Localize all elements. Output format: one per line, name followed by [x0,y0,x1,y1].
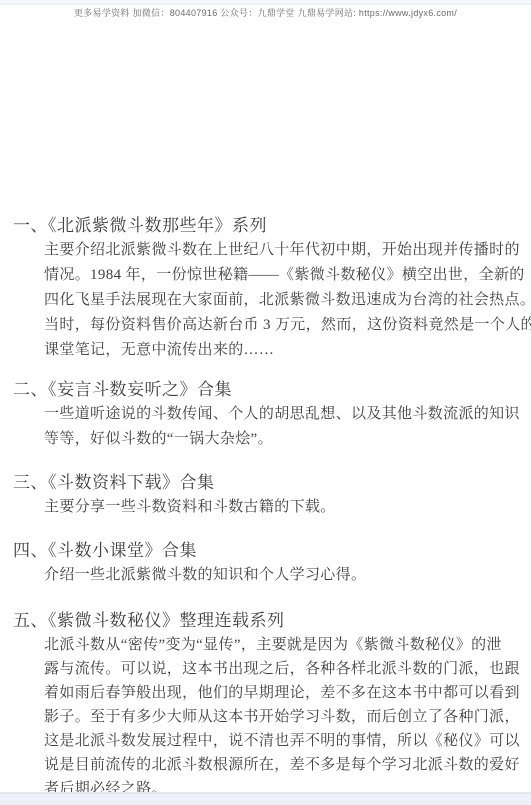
section-2-heading: 二、《妄言斗数妄听之》合集 [13,377,504,402]
text-line: 情况。1984 年，一份惊世秘籍——《紫微斗数秘仪》横空出世，全新的 [44,263,504,288]
bottom-scroll-band [0,792,531,805]
text-line: 露与流传。可以说，这本书出现之后，各种各样北派斗数的门派，也跟 [44,657,504,681]
section-1: 一、《北派紫微斗数那些年》系列 主要介绍北派紫微斗数在上世纪八十年代初中期，开始… [13,213,504,363]
text-line: 等等，好似斗数的“一锅大杂烩”。 [44,427,504,452]
text-line: 一些道听途说的斗数传闻、个人的胡思乱想、以及其他斗数流派的知识 [44,402,504,427]
text-line: 影子。至于有多少大师从这本书开始学习斗数，而后创立了各种门派， [44,705,504,729]
text-line: 当时，每份资料售价高达新台币 3 万元，然而，这份资料竟然是一个人的 [44,313,504,338]
text-line: 介绍一些北派紫微斗数的知识和个人学习心得。 [44,563,504,588]
section-3: 三、《斗数资料下载》合集 主要分享一些斗数资料和斗数古籍的下载。 [13,470,504,520]
section-5: 五、《紫微斗数秘仪》整理连载系列 北派斗数从“密传”变为“显传”，主要就是因为《… [13,608,504,801]
text-line: 主要介绍北派紫微斗数在上世纪八十年代初中期，开始出现并传播时的 [44,238,504,263]
section-3-body: 主要分享一些斗数资料和斗数古籍的下载。 [13,495,504,520]
section-4: 四、《斗数小课堂》合集 介绍一些北派紫微斗数的知识和个人学习心得。 [13,538,504,588]
document-content: 一、《北派紫微斗数那些年》系列 主要介绍北派紫微斗数在上世纪八十年代初中期，开始… [13,213,504,801]
text-line: 说是目前流传的北派斗数根源所在，差不多是每个学习北派斗数的爱好 [44,753,504,777]
text-line: 课堂笔记，无意中流传出来的…… [44,338,504,363]
section-3-heading: 三、《斗数资料下载》合集 [13,470,504,495]
section-5-heading: 五、《紫微斗数秘仪》整理连载系列 [13,608,504,633]
section-4-heading: 四、《斗数小课堂》合集 [13,538,504,563]
section-1-heading: 一、《北派紫微斗数那些年》系列 [13,213,504,238]
section-1-body: 主要介绍北派紫微斗数在上世纪八十年代初中期，开始出现并传播时的 情况。1984 … [13,238,504,363]
document-page: 更多易学资料 加微信：804407916 公众号：九鼎学堂 九鼎易学网站: ht… [0,0,531,805]
header-info-text: 更多易学资料 加微信：804407916 公众号：九鼎学堂 九鼎易学网站: ht… [0,6,531,22]
text-line: 四化飞星手法展现在大家面前，北派紫微斗数迅速成为台湾的社会热点。 [44,288,504,313]
section-2-body: 一些道听途说的斗数传闻、个人的胡思乱想、以及其他斗数流派的知识 等等，好似斗数的… [13,402,504,452]
text-line: 主要分享一些斗数资料和斗数古籍的下载。 [44,495,504,520]
text-line: 北派斗数从“密传”变为“显传”，主要就是因为《紫微斗数秘仪》的泄 [44,633,504,657]
text-line: 着如雨后春笋般出现，他们的早期理论，差不多在这本书中都可以看到 [44,681,504,705]
section-2: 二、《妄言斗数妄听之》合集 一些道听途说的斗数传闻、个人的胡思乱想、以及其他斗数… [13,377,504,452]
section-5-body: 北派斗数从“密传”变为“显传”，主要就是因为《紫微斗数秘仪》的泄 露与流传。可以… [13,633,504,801]
section-4-body: 介绍一些北派紫微斗数的知识和个人学习心得。 [13,563,504,588]
text-line: 这是北派斗数发展过程中，说不清也弄不明的事情，所以《秘仪》可以 [44,729,504,753]
